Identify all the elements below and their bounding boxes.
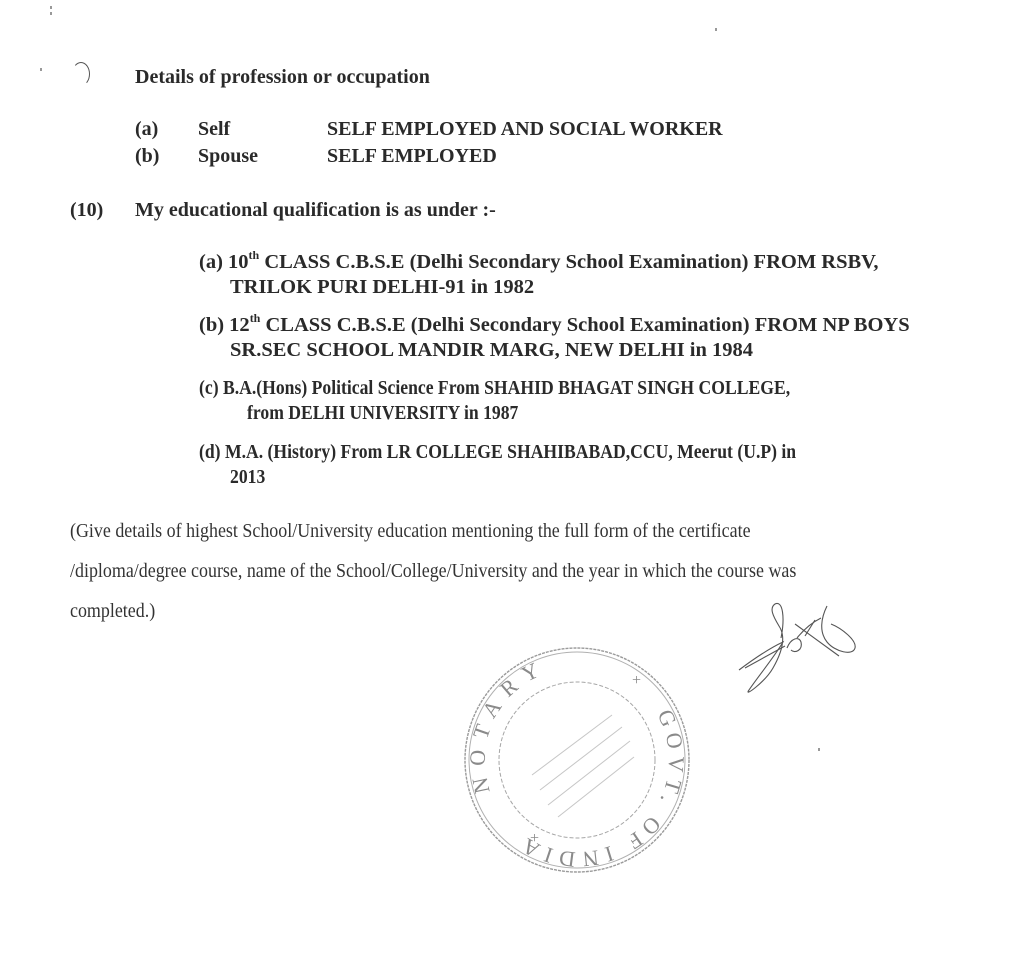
- edu-c-line2: from DELHI UNIVERSITY in 1987: [247, 401, 797, 426]
- edu-b-line2: SR.SEC SCHOOL MANDIR MARG, NEW DELHI in …: [199, 338, 910, 363]
- note-line1: (Give details of highest School/Universi…: [70, 521, 751, 543]
- profession-value-spouse: SELF EMPLOYED: [327, 145, 497, 168]
- note-paragraph: (Give details of highest School/Universi…: [70, 521, 810, 543]
- edu-a-line2: TRILOK PURI DELHI-91 in 1982: [199, 275, 878, 300]
- section-number-marker: [72, 62, 90, 86]
- svg-text:GOVT. OF INDIA: GOVT. OF INDIA: [488, 703, 692, 875]
- stamp-ring-top: GOVT. OF INDIA: [488, 703, 692, 875]
- scan-speck: [50, 12, 52, 15]
- edu-d-line2: 2013: [230, 465, 800, 490]
- note-line2-wrap: /diploma/degree course, name of the Scho…: [70, 561, 860, 583]
- education-item-a: (a) 10th CLASS C.B.S.E (Delhi Secondary …: [199, 250, 878, 300]
- stamp-ring-bottom: NOTARY: [462, 652, 582, 799]
- scan-speck: [50, 6, 52, 9]
- edu-b-sup: th: [250, 311, 261, 325]
- edu-a-prefix: (a) 10: [199, 251, 249, 273]
- edu-b-line1: CLASS C.B.S.E (Delhi Secondary School Ex…: [260, 314, 909, 336]
- edu-c-line1: (c) B.A.(Hons) Political Science From SH…: [199, 376, 790, 401]
- education-number: (10): [70, 199, 103, 222]
- edu-d-line1: (d) M.A. (History) From LR COLLEGE SHAHI…: [199, 440, 796, 465]
- note-line3: completed.): [70, 601, 155, 623]
- edu-a-sup: th: [249, 248, 260, 262]
- scan-speck: [715, 28, 717, 31]
- education-heading: My educational qualification is as under…: [135, 199, 496, 222]
- stamp-separator-2: +: [530, 830, 539, 847]
- edu-b-prefix: (b) 12: [199, 314, 250, 336]
- education-item-c: (c) B.A.(Hons) Political Science From SH…: [199, 376, 886, 426]
- edu-a-line1: CLASS C.B.S.E (Delhi Secondary School Ex…: [259, 251, 878, 273]
- education-item-b: (b) 12th CLASS C.B.S.E (Delhi Secondary …: [199, 313, 910, 363]
- profession-value-self: SELF EMPLOYED AND SOCIAL WORKER: [327, 118, 723, 141]
- education-item-d: (d) M.A. (History) From LR COLLEGE SHAHI…: [199, 440, 893, 490]
- note-line2: /diploma/degree course, name of the Scho…: [70, 561, 796, 583]
- stamp-separator-1: +: [632, 672, 641, 689]
- signature: [735, 598, 860, 698]
- notary-stamp: GOVT. OF INDIA NOTARY + +: [462, 645, 692, 875]
- note-line3-wrap: completed.): [70, 601, 163, 623]
- profession-heading: Details of profession or occupation: [135, 66, 430, 89]
- profession-who-spouse: Spouse: [198, 145, 258, 168]
- profession-label-a: (a): [135, 118, 158, 141]
- scan-speck: [40, 68, 42, 71]
- scan-speck: [818, 748, 820, 751]
- profession-label-b: (b): [135, 145, 159, 168]
- svg-text:NOTARY: NOTARY: [462, 652, 582, 799]
- profession-who-self: Self: [198, 118, 230, 141]
